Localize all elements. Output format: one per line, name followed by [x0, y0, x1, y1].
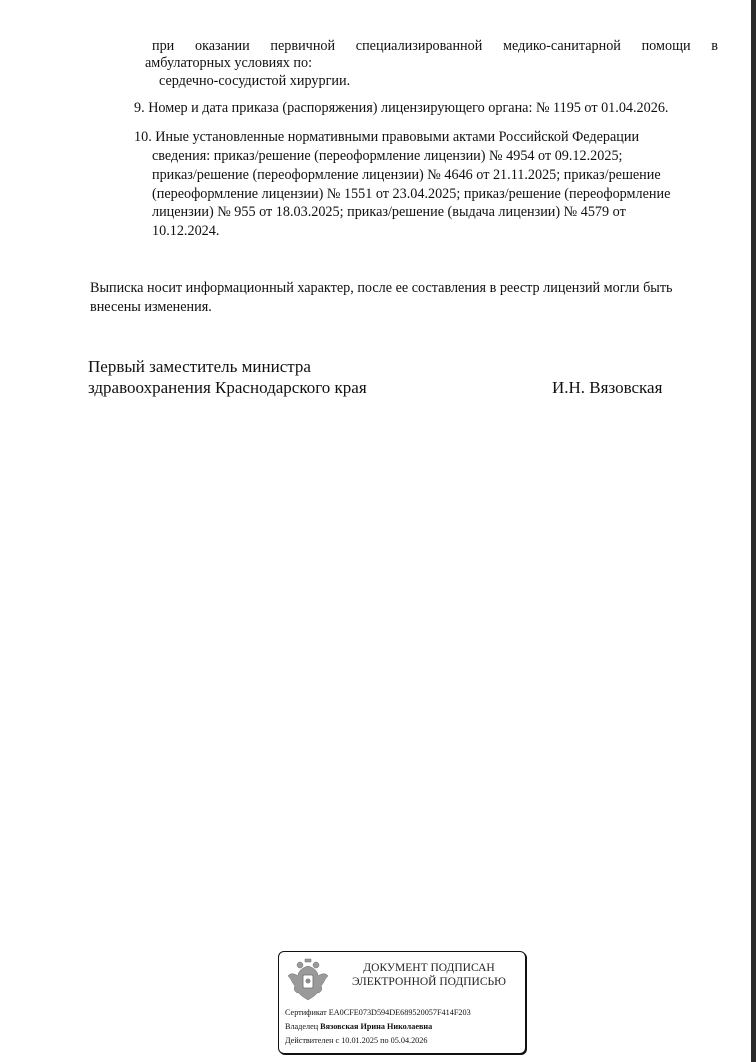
item8-line3: сердечно-сосудистой хирургии. — [159, 72, 350, 91]
stamp-title-line2: ЭЛЕКТРОННОЙ ПОДПИСЬЮ — [341, 975, 517, 989]
word: медико-санитарной — [503, 37, 621, 56]
item8-line2: амбулаторных условиях по: — [145, 54, 312, 73]
owner-row: Владелец Вязовская Ирина Николаевна — [285, 1021, 432, 1032]
window-edge-scrollbar — [751, 0, 756, 1062]
item10-line2: сведения: приказ/решение (переоформление… — [152, 147, 623, 166]
validity-value: с 10.01.2025 по 05.04.2026 — [336, 1036, 428, 1045]
item10-line4: (переоформление лицензии) № 1551 от 23.0… — [152, 185, 670, 204]
item10-line1: 10. Иные установленные нормативными прав… — [134, 128, 639, 147]
signatory-position-line1: Первый заместитель министра — [88, 356, 311, 378]
electronic-signature-stamp: ДОКУМЕНТ ПОДПИСАН ЭЛЕКТРОННОЙ ПОДПИСЬЮ С… — [278, 951, 526, 1054]
russian-coat-of-arms-icon — [286, 956, 330, 1002]
word: специализированной — [356, 37, 483, 56]
item10-line6: 10.12.2024. — [152, 222, 219, 241]
validity-label: Действителен — [285, 1036, 333, 1045]
stamp-title: ДОКУМЕНТ ПОДПИСАН ЭЛЕКТРОННОЙ ПОДПИСЬЮ — [341, 961, 517, 989]
disclaimer-line2: внесены изменения. — [90, 298, 212, 317]
word: помощи — [642, 37, 691, 56]
owner-label: Владелец — [285, 1022, 318, 1031]
owner-value: Вязовская Ирина Николаевна — [320, 1022, 432, 1031]
item10-line3: приказ/решение (переоформление лицензии)… — [152, 166, 661, 185]
certificate-label: Сертификат — [285, 1008, 327, 1017]
word: в — [711, 37, 718, 56]
certificate-row: Сертификат EA0CFE073D594DE689520057F414F… — [285, 1007, 471, 1018]
disclaimer-line1: Выписка носит информационный характер, п… — [90, 279, 672, 298]
item10-line5: лицензии) № 955 от 18.03.2025; приказ/ре… — [152, 203, 626, 222]
validity-row: Действителен с 10.01.2025 по 05.04.2026 — [285, 1035, 427, 1046]
certificate-value: EA0CFE073D594DE689520057F414F203 — [329, 1008, 471, 1017]
item9-license-order: 9. Номер и дата приказа (распоряжения) л… — [134, 99, 668, 118]
signatory-position-line2: здравоохранения Краснодарского края — [88, 377, 367, 399]
signatory-name: И.Н. Вязовская — [552, 377, 662, 399]
stamp-title-line1: ДОКУМЕНТ ПОДПИСАН — [341, 961, 517, 975]
